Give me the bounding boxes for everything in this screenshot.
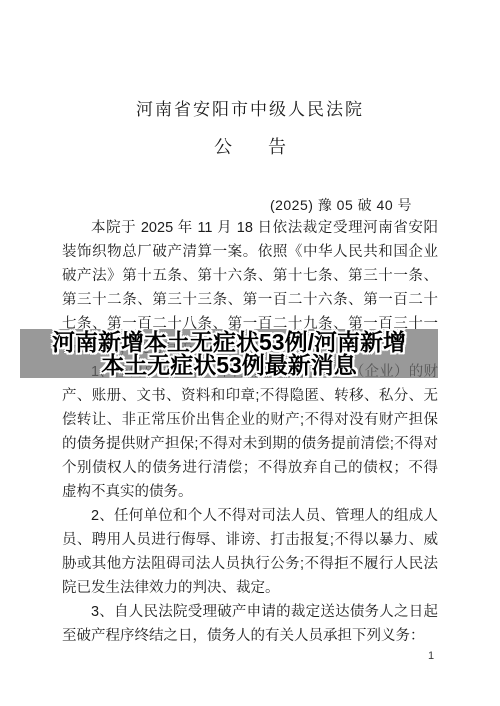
headline-overlay: 河南新增本土无症状53例/河南新增 本土无症状53例最新消息 [20,329,438,378]
notice-title: 公告 [0,133,500,159]
page-number: 1 [428,650,434,662]
announcement-body: 本院于 2025 年 11 月 18 日依法裁定受理河南省安阳装饰织物总厂破产清… [62,216,438,648]
case-number: (2025) 豫 05 破 40 号 [270,195,412,215]
headline-line-2: 本土无症状53例最新消息 [20,354,438,377]
paragraph-item-3: 3、自人民法院受理破产申请的裁定送达债务人之日起至破产程序终结之日，债务人的有关… [62,600,438,648]
headline-line-1: 河南新增本土无症状53例/河南新增 [20,331,438,354]
court-name: 河南省安阳市中级人民法院 [0,95,500,120]
paragraph-item-2: 2、任何单位和个人不得对司法人员、管理人的组成人员、聘用人员进行侮辱、诽谤、打击… [62,504,438,600]
document-page: 河南省安阳市中级人民法院 公告 (2025) 豫 05 破 40 号 本院于 2… [0,0,500,706]
paragraph-item-1: 1、任何单位和个人不得非法处置债务人（企业）的财产、账册、文书、资料和印章;不得… [62,360,438,504]
